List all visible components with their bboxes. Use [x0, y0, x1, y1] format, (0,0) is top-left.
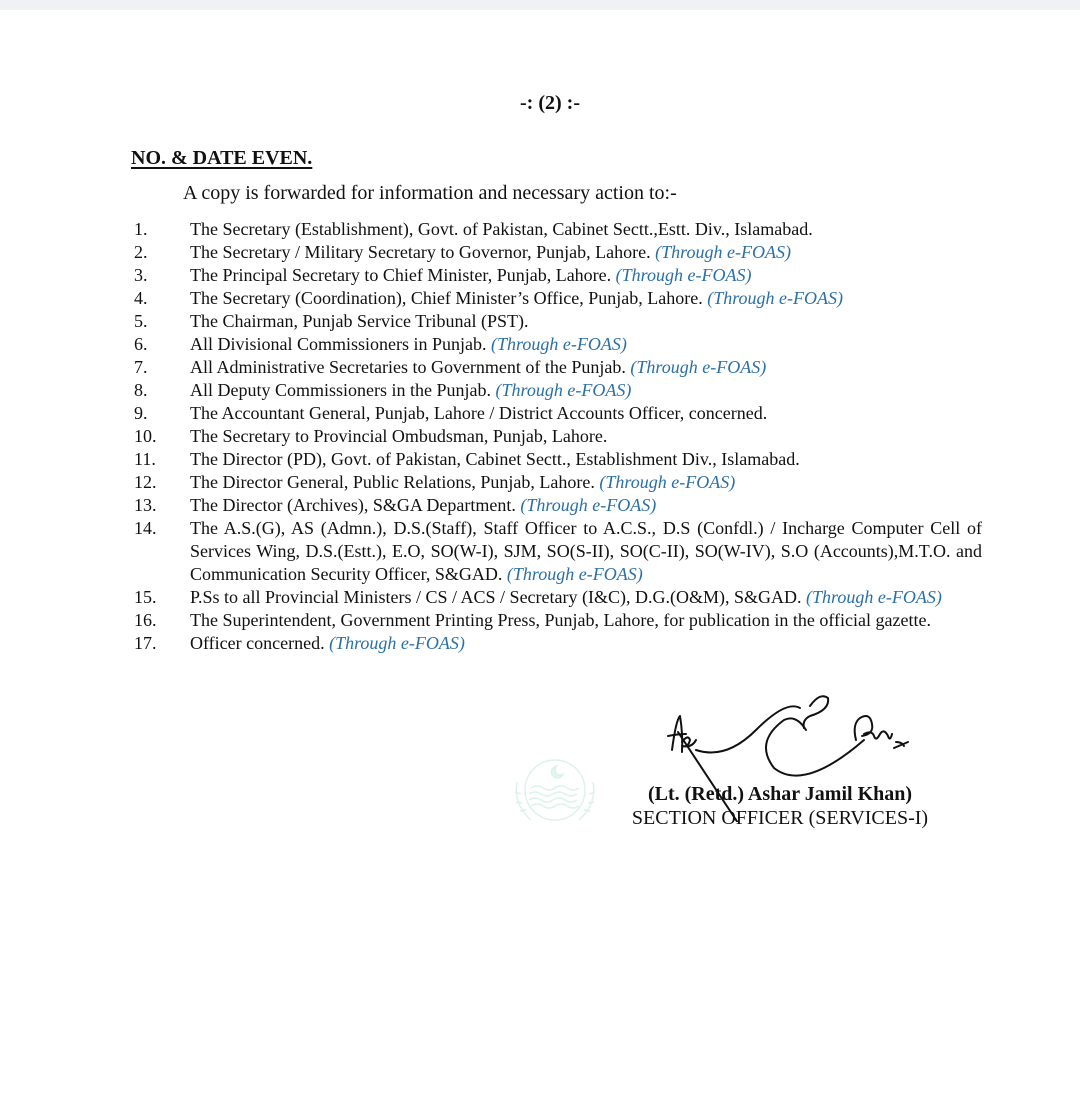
- recipient-name: The Accountant General, Punjab, Lahore /…: [190, 403, 767, 423]
- recipient-item: 15.P.Ss to all Provincial Ministers / CS…: [134, 586, 982, 609]
- recipient-list: 1.The Secretary (Establishment), Govt. o…: [134, 218, 982, 655]
- through-efoas-note: (Through e-FOAS): [630, 357, 766, 377]
- recipient-name: The Secretary / Military Secretary to Go…: [190, 242, 651, 262]
- recipient-item: 1.The Secretary (Establishment), Govt. o…: [134, 218, 982, 241]
- recipient-item: 5.The Chairman, Punjab Service Tribunal …: [134, 310, 982, 333]
- recipient-item: 3.The Principal Secretary to Chief Minis…: [134, 264, 982, 287]
- recipient-text: The Secretary (Coordination), Chief Mini…: [190, 287, 982, 310]
- recipient-text: All Divisional Commissioners in Punjab. …: [190, 333, 982, 356]
- recipient-name: The Secretary to Provincial Ombudsman, P…: [190, 426, 607, 446]
- recipient-name: All Divisional Commissioners in Punjab.: [190, 334, 487, 354]
- recipient-text: Officer concerned. (Through e-FOAS): [190, 632, 982, 655]
- recipient-name: Officer concerned.: [190, 633, 325, 653]
- recipient-number: 6.: [134, 333, 190, 356]
- recipient-item: 17.Officer concerned. (Through e-FOAS): [134, 632, 982, 655]
- recipient-name: P.Ss to all Provincial Ministers / CS / …: [190, 587, 802, 607]
- recipient-name: The Director (PD), Govt. of Pakistan, Ca…: [190, 449, 800, 469]
- through-efoas-note: (Through e-FOAS): [491, 334, 627, 354]
- viewer-top-bar: [0, 0, 1080, 10]
- recipient-text: The A.S.(G), AS (Admn.), D.S.(Staff), St…: [190, 517, 982, 586]
- through-efoas-note: (Through e-FOAS): [806, 587, 942, 607]
- recipient-item: 9.The Accountant General, Punjab, Lahore…: [134, 402, 982, 425]
- through-efoas-note: (Through e-FOAS): [616, 265, 752, 285]
- recipient-number: 14.: [134, 517, 190, 586]
- recipient-number: 10.: [134, 425, 190, 448]
- recipient-name: The Director (Archives), S&GA Department…: [190, 495, 516, 515]
- recipient-item: 8.All Deputy Commissioners in the Punjab…: [134, 379, 982, 402]
- recipient-number: 2.: [134, 241, 190, 264]
- recipient-text: P.Ss to all Provincial Ministers / CS / …: [190, 586, 982, 609]
- through-efoas-note: (Through e-FOAS): [329, 633, 465, 653]
- recipient-item: 6.All Divisional Commissioners in Punjab…: [134, 333, 982, 356]
- recipient-text: The Accountant General, Punjab, Lahore /…: [190, 402, 982, 425]
- through-efoas-note: (Through e-FOAS): [520, 495, 656, 515]
- signatory-designation: SECTION OFFICER (SERVICES-I): [610, 806, 950, 830]
- recipient-text: The Director (Archives), S&GA Department…: [190, 494, 982, 517]
- recipient-text: The Secretary (Establishment), Govt. of …: [190, 218, 982, 241]
- recipient-number: 13.: [134, 494, 190, 517]
- forwarding-intro: A copy is forwarded for information and …: [183, 182, 677, 205]
- recipient-number: 17.: [134, 632, 190, 655]
- through-efoas-note: (Through e-FOAS): [599, 472, 735, 492]
- reference-heading: NO. & DATE EVEN.: [131, 147, 312, 170]
- recipient-number: 7.: [134, 356, 190, 379]
- recipient-item: 14.The A.S.(G), AS (Admn.), D.S.(Staff),…: [134, 517, 982, 586]
- recipient-text: The Superintendent, Government Printing …: [190, 609, 982, 632]
- recipient-item: 4.The Secretary (Coordination), Chief Mi…: [134, 287, 982, 310]
- recipient-item: 10.The Secretary to Provincial Ombudsman…: [134, 425, 982, 448]
- recipient-number: 8.: [134, 379, 190, 402]
- page-number: -: (2) :-: [0, 92, 1080, 115]
- signatory-name: (Lt. (Retd.) Ashar Jamil Khan): [610, 782, 950, 806]
- recipient-item: 2.The Secretary / Military Secretary to …: [134, 241, 982, 264]
- through-efoas-note: (Through e-FOAS): [655, 242, 791, 262]
- recipient-item: 7.All Administrative Secretaries to Gove…: [134, 356, 982, 379]
- recipient-name: The Principal Secretary to Chief Ministe…: [190, 265, 611, 285]
- punjab-seal-icon: [505, 752, 605, 832]
- recipient-number: 5.: [134, 310, 190, 333]
- recipient-item: 16.The Superintendent, Government Printi…: [134, 609, 982, 632]
- through-efoas-note: (Through e-FOAS): [707, 288, 843, 308]
- recipient-number: 1.: [134, 218, 190, 241]
- recipient-name: The Secretary (Establishment), Govt. of …: [190, 219, 813, 239]
- recipient-text: All Deputy Commissioners in the Punjab. …: [190, 379, 982, 402]
- recipient-text: The Chairman, Punjab Service Tribunal (P…: [190, 310, 982, 333]
- recipient-name: The Director General, Public Relations, …: [190, 472, 595, 492]
- through-efoas-note: (Through e-FOAS): [496, 380, 632, 400]
- recipient-text: The Director General, Public Relations, …: [190, 471, 982, 494]
- recipient-item: 12.The Director General, Public Relation…: [134, 471, 982, 494]
- recipient-name: The Chairman, Punjab Service Tribunal (P…: [190, 311, 528, 331]
- recipient-number: 4.: [134, 287, 190, 310]
- recipient-item: 13.The Director (Archives), S&GA Departm…: [134, 494, 982, 517]
- recipient-number: 16.: [134, 609, 190, 632]
- recipient-name: The Secretary (Coordination), Chief Mini…: [190, 288, 703, 308]
- recipient-number: 11.: [134, 448, 190, 471]
- recipient-name: All Administrative Secretaries to Govern…: [190, 357, 626, 377]
- through-efoas-note: (Through e-FOAS): [507, 564, 643, 584]
- recipient-number: 3.: [134, 264, 190, 287]
- recipient-text: The Secretary to Provincial Ombudsman, P…: [190, 425, 982, 448]
- recipient-name: All Deputy Commissioners in the Punjab.: [190, 380, 491, 400]
- recipient-name: The Superintendent, Government Printing …: [190, 610, 931, 630]
- recipient-item: 11.The Director (PD), Govt. of Pakistan,…: [134, 448, 982, 471]
- recipient-text: The Director (PD), Govt. of Pakistan, Ca…: [190, 448, 982, 471]
- signatory-block: (Lt. (Retd.) Ashar Jamil Khan) SECTION O…: [610, 782, 950, 830]
- recipient-number: 12.: [134, 471, 190, 494]
- recipient-number: 15.: [134, 586, 190, 609]
- recipient-number: 9.: [134, 402, 190, 425]
- recipient-text: The Principal Secretary to Chief Ministe…: [190, 264, 982, 287]
- recipient-text: The Secretary / Military Secretary to Go…: [190, 241, 982, 264]
- recipient-text: All Administrative Secretaries to Govern…: [190, 356, 982, 379]
